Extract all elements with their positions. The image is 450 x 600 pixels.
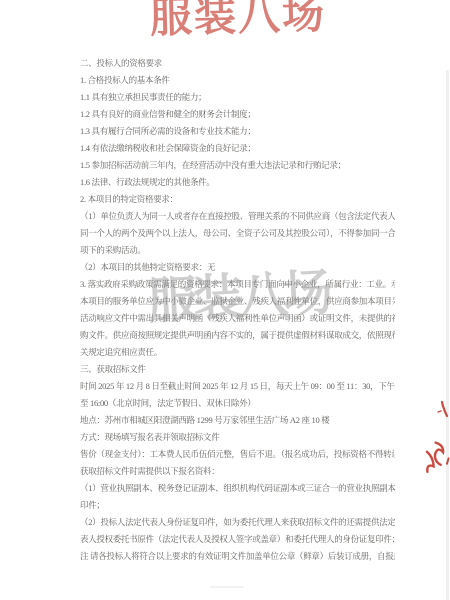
doc-line: 至 16:00（北京时间，法定节假日、双休日除外） bbox=[80, 395, 395, 412]
doc-line: 1.5 参加招标活动前三年内，在经营活动中没有重大违法记录和行贿记录； bbox=[80, 157, 395, 174]
doc-line: （2）本项目的其他特定资格要求：无 bbox=[80, 259, 395, 276]
doc-line: 3. 落实政府采购政策需满足的资格要求：本项目专门面向中小企业，所属行业：工业。… bbox=[80, 276, 395, 293]
doc-line: 1.2 具有良好的商业信誉和健全的财务会计制度； bbox=[80, 106, 395, 123]
doc-line: 购文件。供应商按照规定提供声明函内容不实的，属于提供虚假材料谋取成交，依照现行相 bbox=[80, 327, 395, 344]
doc-line: （2）投标人法定代表人身份证复印件，如为委托代理人来获取招标文件的还需提供法定代 bbox=[80, 514, 395, 531]
red-stamp-watermark: 服装八场 bbox=[149, 0, 326, 40]
doc-line: 三、获取招标文件 bbox=[80, 361, 395, 378]
document-body: 二、投标人的资格要求1. 合格投标人的基本条件1.1 具有独立承担民事责任的能力… bbox=[80, 55, 395, 565]
doc-line: （1）单位负责人为同一人或者存在直接控股、管理关系的不同供应商（包含法定代表人为 bbox=[80, 208, 395, 225]
doc-line: 获取招标文件时需提供以下报名资料： bbox=[80, 463, 395, 480]
doc-line: （1）营业执照副本、税务登记证副本、组织机构代码证副本或三证合一的营业执照副本复 bbox=[80, 480, 395, 497]
doc-line: 同一个人的两个及两个以上法人，母公司、全资子公司及其控股公司），不得参加同一合同 bbox=[80, 225, 395, 242]
doc-line: 2. 本项目的特定资格要求： bbox=[80, 191, 395, 208]
doc-line: 1.6 法律、行政法规规定的其他条件。 bbox=[80, 174, 395, 191]
doc-line: 二、投标人的资格要求 bbox=[80, 55, 395, 72]
doc-line: 1.3 具有履行合同所必需的设备和专业技术能力； bbox=[80, 123, 395, 140]
red-ink-tick bbox=[438, 411, 441, 412]
doc-line: 1.4 有依法缴纳税收和社会保障资金的良好记录； bbox=[80, 140, 395, 157]
doc-line: 项下的采购活动。 bbox=[80, 242, 395, 259]
doc-line: 1. 合格投标人的基本条件 bbox=[80, 72, 395, 89]
doc-line: 注 请各投标人将符合以上要求的有效证明文件加盖单位公章（鲜章）后装订成册，自报封 bbox=[80, 548, 395, 565]
doc-line: 表人授权委托书原件（法定代表人及授权人签字或盖章）和委托代理人的身份证复印件； bbox=[80, 531, 395, 548]
doc-line: 活动响应文件中需出具相关声明函（残疾人福利性单位声明函）或证明文件，未提供的视为… bbox=[80, 310, 395, 327]
doc-line: 时间 2025 年 12 月 8 日至截止时间 2025 年 12 月 15 日… bbox=[80, 378, 395, 395]
doc-line: 1.1 具有独立承担民事责任的能力； bbox=[80, 89, 395, 106]
scan-smudge bbox=[210, 586, 244, 588]
doc-line: 方式：现场填写报名表并领取招标文件 bbox=[80, 429, 395, 446]
document-page: 服装八场 二、投标人的资格要求1. 合格投标人的基本条件1.1 具有独立承担民事… bbox=[0, 0, 450, 600]
doc-line: 售价（现金支付）：工本费人民币伍佰元整，售后不退。（报名成功后，投标资格不得转让… bbox=[80, 446, 395, 463]
scan-edge-shadow bbox=[446, 70, 449, 600]
doc-line: 地点：苏州市相城区阳澄湖西路 1299 号万家邻里生活广场 A2 座 10 楼 bbox=[80, 412, 395, 429]
doc-line: 关规定追究相应责任。 bbox=[80, 344, 395, 361]
doc-line: 本项目的服务单位应为中小微企业、监狱企业、残疾人福利性单位，供应商参加本项目采购 bbox=[80, 293, 395, 310]
doc-line: 印件； bbox=[80, 497, 395, 514]
